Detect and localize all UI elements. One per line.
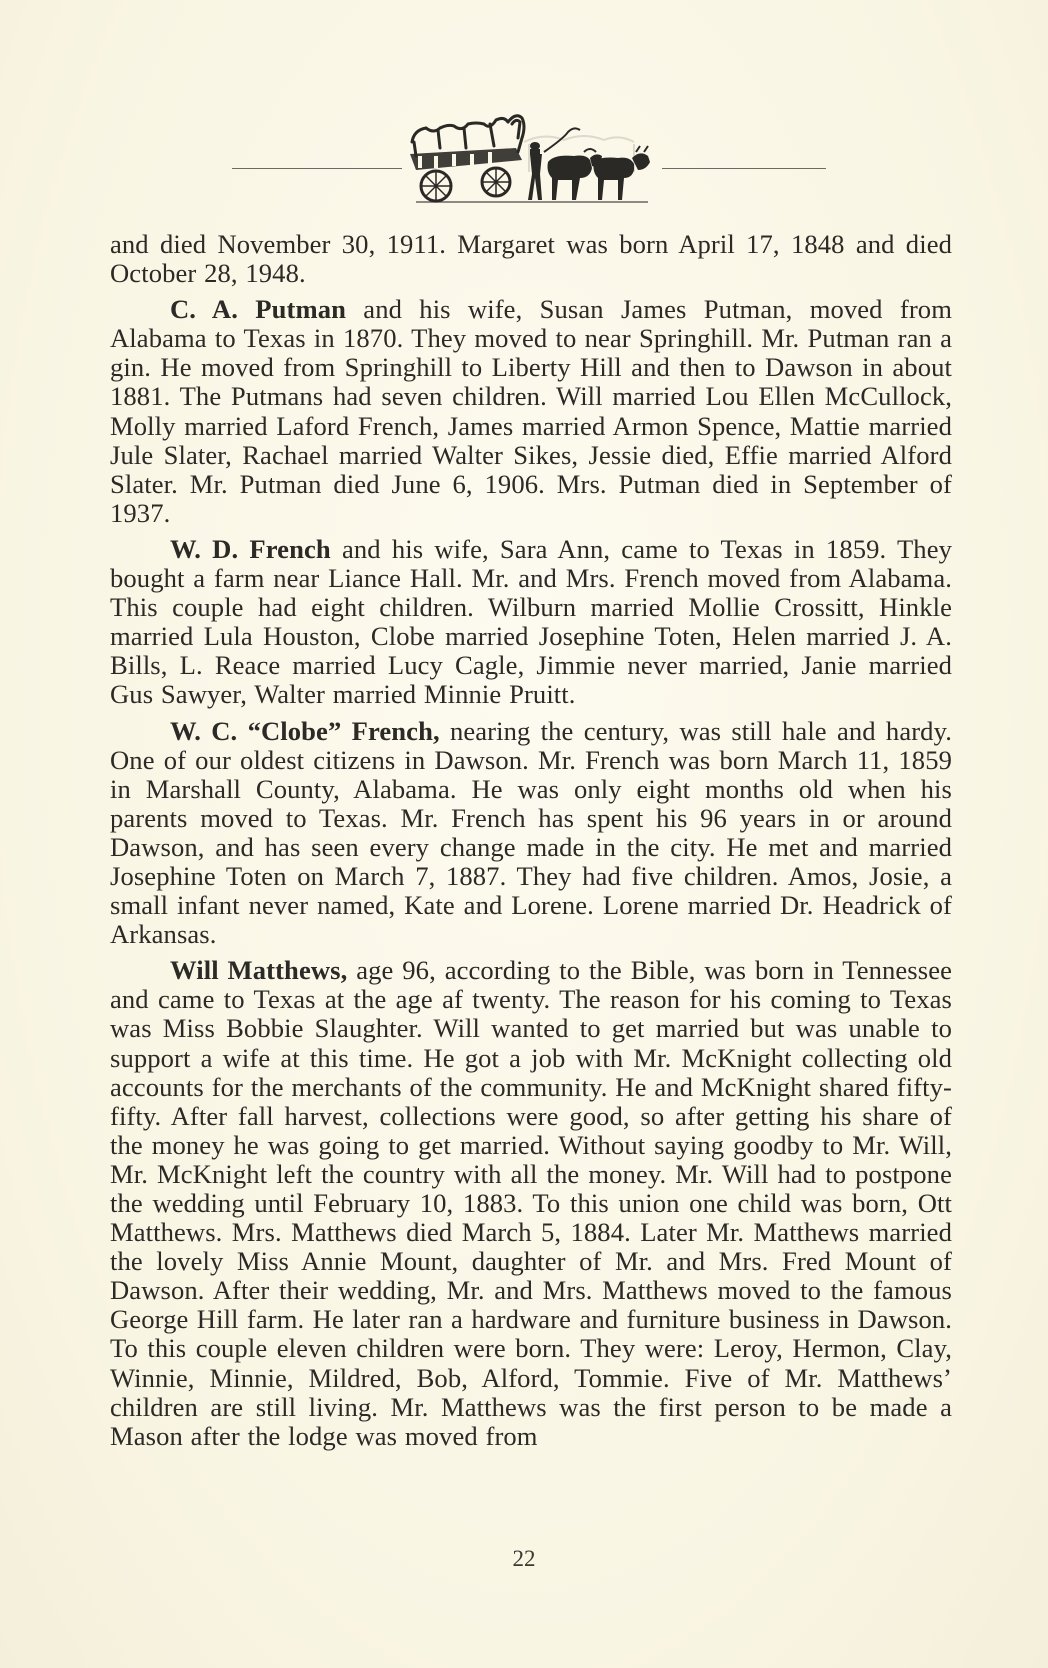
book-page: and died November 30, 1911. Margaret was… (0, 0, 1048, 1668)
header-rule-right (662, 168, 826, 169)
paragraph-text: age 96, according to the Bible, was born… (110, 955, 952, 1451)
paragraph-text: nearing the century, was still hale and … (110, 716, 952, 950)
paragraph-will-matthews: Will Matthews, age 96, according to the … (110, 956, 952, 1451)
paragraph-wc-french: W. C. “Clobe” French, nearing the centur… (110, 717, 952, 950)
paragraph-putman: C. A. Putman and his wife, Susan James P… (110, 295, 952, 528)
paragraph-lead-name: W. D. French (170, 534, 331, 564)
paragraph-wd-french: W. D. French and his wife, Sara Ann, cam… (110, 535, 952, 710)
paragraph-lead-name: Will Matthews, (170, 955, 347, 985)
paragraph-lead-name: W. C. “Clobe” French, (170, 716, 440, 746)
covered-wagon-icon (404, 112, 658, 207)
header-rule-left (232, 168, 402, 169)
page-number: 22 (0, 1546, 1048, 1572)
paragraph-text: and his wife, Susan James Putman, moved … (110, 294, 952, 528)
opening-lines: and died November 30, 1911. Margaret was… (110, 230, 952, 288)
header-ornament (0, 112, 1048, 207)
body-text: and died November 30, 1911. Margaret was… (110, 230, 952, 1451)
paragraph-lead-name: C. A. Putman (170, 294, 346, 324)
